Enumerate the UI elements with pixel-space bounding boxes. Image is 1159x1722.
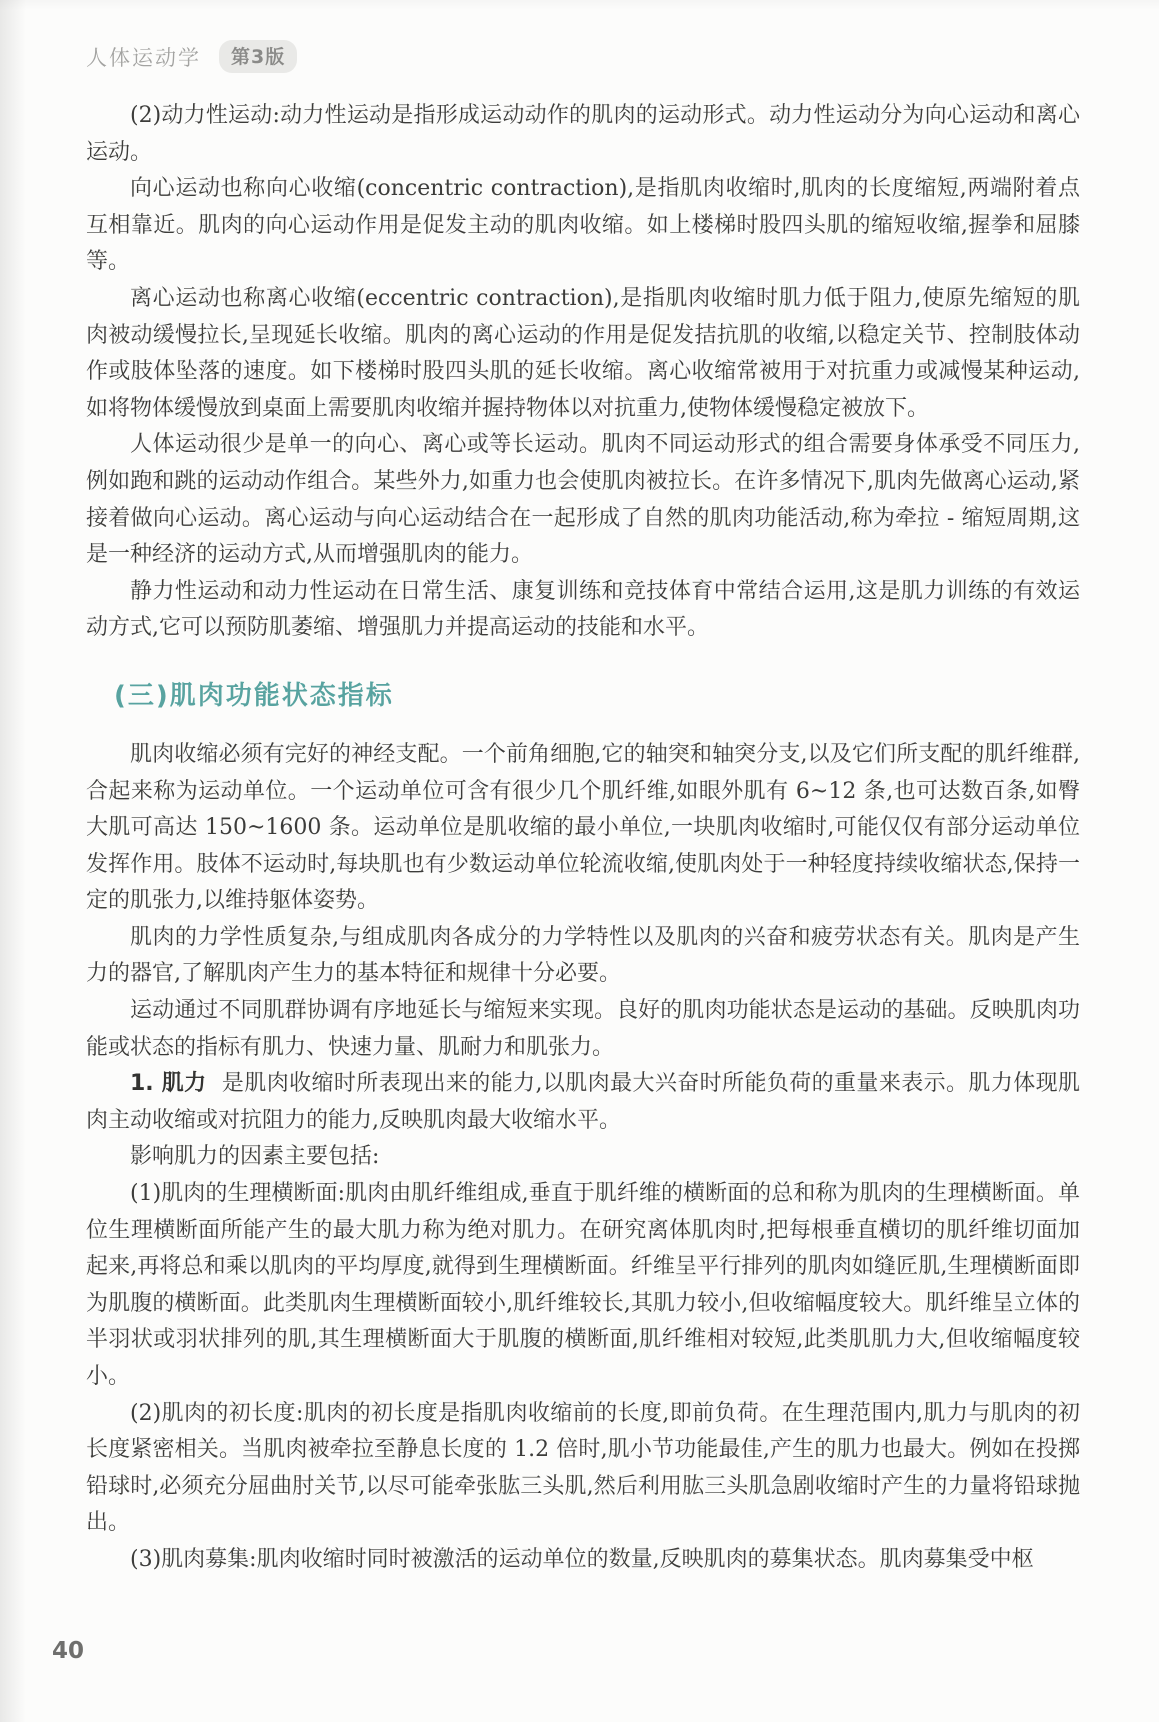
paragraph-eccentric: 离心运动也称离心收缩(eccentric contraction),是指肌肉收缩… — [86, 281, 1080, 427]
paragraph-muscle-recruitment: (3)肌肉募集:肌肉收缩时同时被激活的运动单位的数量,反映肌肉的募集状态。肌肉募… — [86, 1542, 1080, 1579]
paragraph-text: 离心运动也称离心收缩(eccentric contraction),是指肌肉收缩… — [86, 286, 1080, 421]
paragraph-concentric: 向心运动也称向心收缩(concentric contraction),是指肌肉收… — [86, 171, 1080, 281]
paragraph-text: (2)动力性运动:动力性运动是指形成运动动作的肌肉的运动形式。动力性运动分为向心… — [86, 103, 1080, 165]
paragraph-cross-section: (1)肌肉的生理横断面:肌肉由肌纤维组成,垂直于肌纤维的横断面的总和称为肌肉的生… — [86, 1176, 1080, 1396]
scan-top-shadow — [0, 0, 1159, 10]
paragraph-initial-length: (2)肌肉的初长度:肌肉的初长度是指肌肉收缩前的长度,即前负荷。在生理范围内,肌… — [86, 1396, 1080, 1542]
page-number: 40 — [52, 1638, 84, 1664]
bold-term-muscle-strength: 1. 肌力 — [130, 1071, 207, 1096]
scan-edge-shadow — [0, 0, 26, 1722]
section-heading: (三)肌肉功能状态指标 — [114, 677, 1080, 715]
paragraph-text: (1)肌肉的生理横断面:肌肉由肌纤维组成,垂直于肌纤维的横断面的总和称为肌肉的生… — [86, 1181, 1080, 1389]
paragraph-text: (3)肌肉募集:肌肉收缩时同时被激活的运动单位的数量,反映肌肉的募集状态。肌肉募… — [130, 1547, 1034, 1572]
paragraph-text: 肌肉收缩必须有完好的神经支配。一个前角细胞,它的轴突和轴突分支,以及它们所支配的… — [86, 742, 1080, 913]
paragraph-mechanics: 肌肉的力学性质复杂,与组成肌肉各成分的力学特性以及肌肉的兴奋和疲劳状态有关。肌肉… — [86, 920, 1080, 993]
paragraph-text: 肌肉的力学性质复杂,与组成肌肉各成分的力学特性以及肌肉的兴奋和疲劳状态有关。肌肉… — [86, 925, 1080, 987]
paragraph-text: (2)肌肉的初长度:肌肉的初长度是指肌肉收缩前的长度,即前负荷。在生理范围内,肌… — [86, 1401, 1080, 1536]
paragraph-text: 运动通过不同肌群协调有序地延长与缩短来实现。良好的肌肉功能状态是运动的基础。反映… — [86, 998, 1080, 1060]
edition-badge: 第3版 — [219, 40, 297, 73]
page-body: (2)动力性运动:动力性运动是指形成运动动作的肌肉的运动形式。动力性运动分为向心… — [86, 98, 1080, 1579]
paragraph-text: 静力性运动和动力性运动在日常生活、康复训练和竞技体育中常结合运用,这是肌力训练的… — [86, 579, 1080, 641]
paragraph-text: 影响肌力的因素主要包括: — [130, 1144, 379, 1169]
paragraph-dynamic-exercise: (2)动力性运动:动力性运动是指形成运动动作的肌肉的运动形式。动力性运动分为向心… — [86, 98, 1080, 171]
paragraph-combined-motion: 人体运动很少是单一的向心、离心或等长运动。肌肉不同运动形式的组合需要身体承受不同… — [86, 427, 1080, 573]
paragraph-muscle-strength: 1. 肌力是肌肉收缩时所表现出来的能力,以肌肉最大兴奋时所能负荷的重量来表示。肌… — [86, 1066, 1080, 1139]
running-head: 人体运动学 第3版 — [86, 40, 297, 73]
book-page: 人体运动学 第3版 (2)动力性运动:动力性运动是指形成运动动作的肌肉的运动形式… — [0, 0, 1159, 1722]
paragraph-text: 是肌肉收缩时所表现出来的能力,以肌肉最大兴奋时所能负荷的重量来表示。肌力体现肌肉… — [86, 1071, 1080, 1133]
paragraph-text: 向心运动也称向心收缩(concentric contraction),是指肌肉收… — [86, 176, 1080, 274]
paragraph-motor-unit: 肌肉收缩必须有完好的神经支配。一个前角细胞,它的轴突和轴突分支,以及它们所支配的… — [86, 737, 1080, 920]
paragraph-factors-intro: 影响肌力的因素主要包括: — [86, 1139, 1080, 1176]
book-title: 人体运动学 — [86, 42, 201, 72]
paragraph-function-indicators: 运动通过不同肌群协调有序地延长与缩短来实现。良好的肌肉功能状态是运动的基础。反映… — [86, 993, 1080, 1066]
paragraph-static-dynamic-training: 静力性运动和动力性运动在日常生活、康复训练和竞技体育中常结合运用,这是肌力训练的… — [86, 574, 1080, 647]
paragraph-text: 人体运动很少是单一的向心、离心或等长运动。肌肉不同运动形式的组合需要身体承受不同… — [86, 432, 1080, 567]
